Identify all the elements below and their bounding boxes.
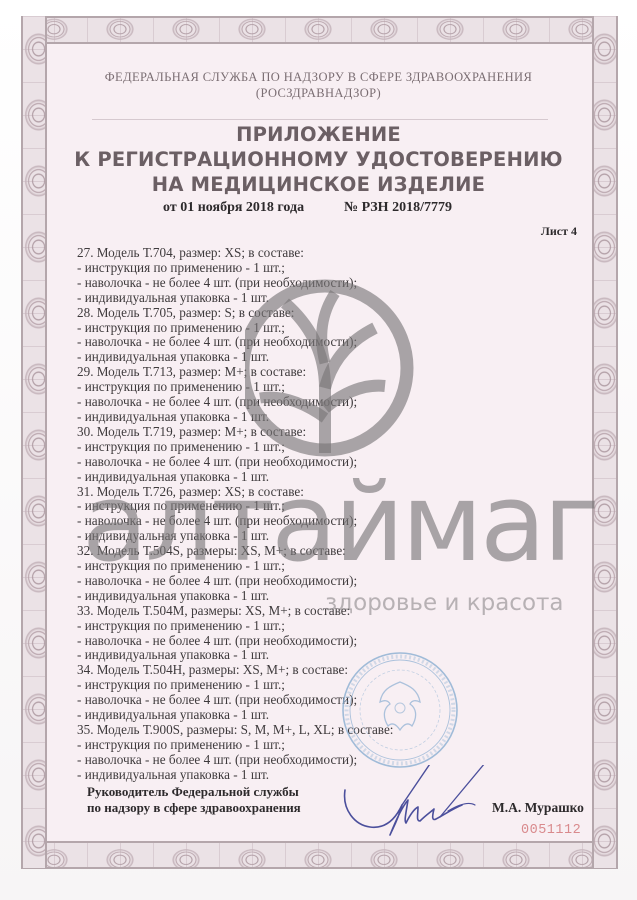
model-item-component: - индивидуальная упаковка - 1 шт. (77, 589, 557, 604)
agency-name: ФЕДЕРАЛЬНАЯ СЛУЖБА ПО НАДЗОРУ В СФЕРЕ ЗД… (0, 70, 637, 85)
registration-number: № РЗН 2018/7779 (344, 200, 452, 216)
model-item-header: 28. Модель Т.705, размер: S; в составе: (77, 306, 557, 321)
signer-name: М.А. Мурашко (492, 800, 584, 816)
model-item-component: - инструкция по применению - 1 шт.; (77, 738, 557, 753)
handwritten-signature-icon (340, 765, 490, 845)
document-title: ПРИЛОЖЕНИЕ (0, 123, 637, 146)
model-item-component: - наволочка - не более 4 шт. (при необхо… (77, 455, 557, 470)
model-item-component: - инструкция по применению - 1 шт.; (77, 440, 557, 455)
model-item-header: 31. Модель Т.726, размер: XS; в составе: (77, 485, 557, 500)
model-item-header: 27. Модель Т.704, размер: XS; в составе: (77, 246, 557, 261)
model-item-component: - инструкция по применению - 1 шт.; (77, 499, 557, 514)
model-item-component: - наволочка - не более 4 шт. (при необхо… (77, 514, 557, 529)
decorative-border-top (21, 16, 618, 44)
signatory-position: Руководитель Федеральной службы по надзо… (87, 784, 301, 816)
model-item-component: - индивидуальная упаковка - 1 шт. (77, 708, 557, 723)
model-item-header: 30. Модель Т.719, размер: М+; в составе: (77, 425, 557, 440)
model-item-component: - инструкция по применению - 1 шт.; (77, 321, 557, 336)
model-item-component: - инструкция по применению - 1 шт.; (77, 559, 557, 574)
sheet-number: Лист 4 (541, 224, 577, 239)
model-item-component: - инструкция по применению - 1 шт.; (77, 619, 557, 634)
model-item-component: - индивидуальная упаковка - 1 шт. (77, 291, 557, 306)
agency-abbreviation: (РОСЗДРАВНАДЗОР) (0, 86, 637, 101)
model-item-component: - индивидуальная упаковка - 1 шт. (77, 470, 557, 485)
signatory-position-line-2: по надзору в сфере здравоохранения (87, 800, 301, 816)
model-item-component: - индивидуальная упаковка - 1 шт. (77, 529, 557, 544)
model-item-header: 32. Модель Т.504S, размеры: XS, М+; в со… (77, 544, 557, 559)
model-item-component: - инструкция по применению - 1 шт.; (77, 261, 557, 276)
model-item-header: 35. Модель Т.900S, размеры: S, M, M+, L,… (77, 723, 557, 738)
model-item-component: - инструкция по применению - 1 шт.; (77, 380, 557, 395)
registration-date: от 01 ноября 2018 года (163, 200, 304, 216)
model-item-component: - наволочка - не более 4 шт. (при необхо… (77, 395, 557, 410)
model-item-component: - наволочка - не более 4 шт. (при необхо… (77, 335, 557, 350)
model-item-component: - наволочка - не более 4 шт. (при необхо… (77, 574, 557, 589)
header-divider (92, 119, 548, 120)
model-item-component: - индивидуальная упаковка - 1 шт. (77, 350, 557, 365)
model-item-header: 34. Модель Т.504Н, размеры: XS, М+; в со… (77, 663, 557, 678)
official-seal-icon (340, 650, 460, 770)
document-subtitle-2: НА МЕДИЦИНСКОЕ ИЗДЕЛИЕ (0, 173, 637, 196)
model-list: 27. Модель Т.704, размер: XS; в составе:… (77, 246, 557, 783)
model-item-header: 29. Модель Т.713, размер: М+; в составе: (77, 365, 557, 380)
signatory-position-line-1: Руководитель Федеральной службы (87, 784, 301, 800)
model-item-component: - наволочка - не более 4 шт. (при необхо… (77, 276, 557, 291)
model-item-component: - инструкция по применению - 1 шт.; (77, 678, 557, 693)
model-item-header: 33. Модель Т.504М, размеры: XS, М+; в со… (77, 604, 557, 619)
model-item-component: - индивидуальная упаковка - 1 шт. (77, 410, 557, 425)
model-item-component: - наволочка - не более 4 шт. (при необхо… (77, 634, 557, 649)
decorative-border-bottom (21, 841, 618, 869)
model-item-component: - наволочка - не более 4 шт. (при необхо… (77, 693, 557, 708)
model-item-component: - индивидуальная упаковка - 1 шт. (77, 648, 557, 663)
document-subtitle-1: К РЕГИСТРАЦИОННОМУ УДОСТОВЕРЕНИЮ (0, 148, 637, 171)
serial-number: 0051112 (521, 823, 581, 838)
